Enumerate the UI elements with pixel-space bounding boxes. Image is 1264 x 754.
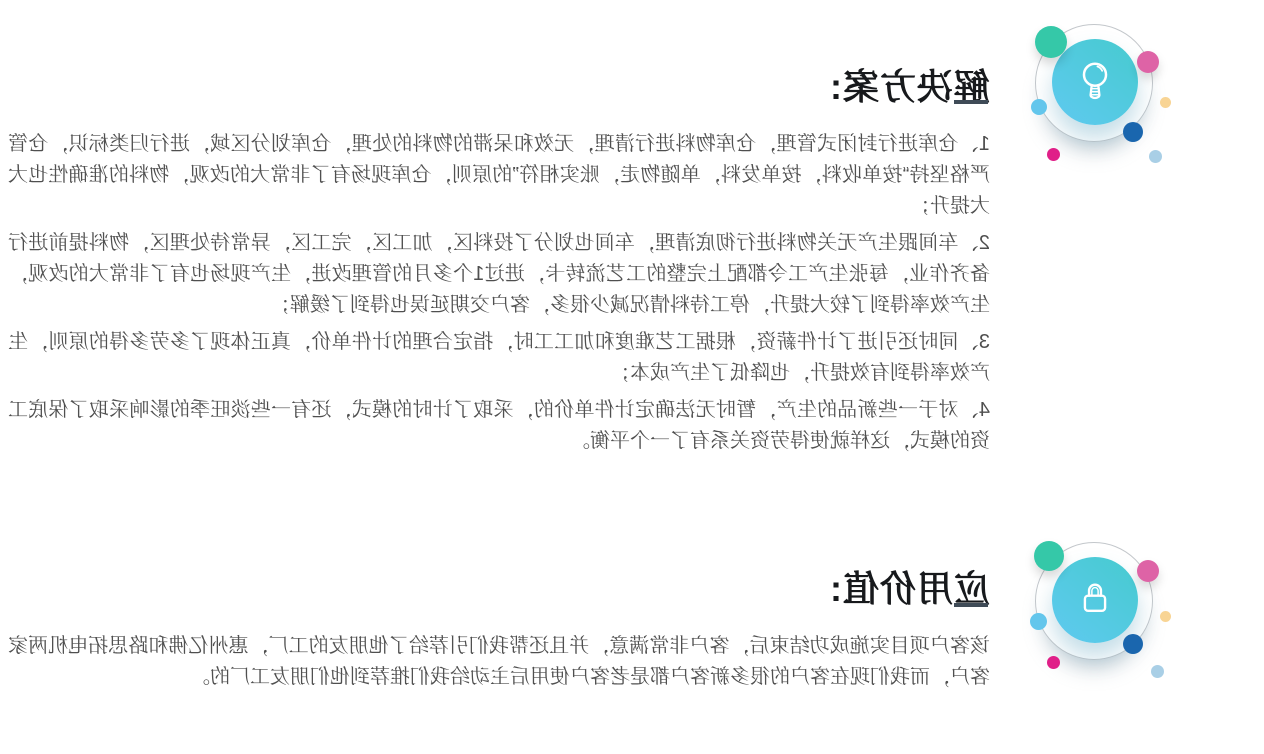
pink-dot	[1137, 51, 1159, 73]
solution-paragraph: 3、同时还引进了计件薪资，根据工艺难度和加工工时，指定合理的计件单价，真正体现了…	[8, 327, 990, 389]
lock-icon	[1073, 576, 1117, 625]
pale-blue-dot	[1149, 150, 1162, 163]
value-paragraphs: 该客户项目实施成功结束后，客户非常满意，并且还帮我们引荐给了他朋友的工厂，惠州亿…	[8, 631, 990, 693]
value-paragraph: 该客户项目实施成功结束后，客户非常满意，并且还帮我们引荐给了他朋友的工厂，惠州亿…	[8, 631, 990, 693]
dark-blue-dot	[1123, 122, 1143, 142]
magenta-dot	[1047, 656, 1060, 669]
mirrored-slide: 解决方案: 1、仓库进行封闭式管理，仓库物料进行清理，无效和呆滞的物料的处理，仓…	[0, 0, 1264, 754]
solution-paragraph: 1、仓库进行封闭式管理，仓库物料进行清理，无效和呆滞的物料的处理，仓库划分区域，…	[8, 129, 990, 222]
solution-paragraph: 2、车间跟生产无关物料进行彻底清理，车间也划分了投料区，加工区，完工区，异常待处…	[8, 228, 990, 321]
dark-blue-dot	[1123, 634, 1143, 654]
teal-dot	[1034, 541, 1064, 571]
solution-paragraphs: 1、仓库进行封闭式管理，仓库物料进行清理，无效和呆滞的物料的处理，仓库划分区域，…	[8, 129, 990, 457]
pale-blue-dot	[1151, 665, 1164, 678]
light-blue-dot	[1031, 99, 1047, 115]
slide-viewport: 解决方案: 1、仓库进行封闭式管理，仓库物料进行清理，无效和呆滞的物料的处理，仓…	[0, 0, 1264, 754]
value-icon-circle	[1052, 557, 1138, 643]
solution-paragraph: 4、对于一些新品的生产，暂时无法确定计件单价的，采取了计时的模式，还有一些淡旺季…	[8, 395, 990, 457]
yellow-dot	[1160, 97, 1171, 108]
title-divider	[954, 100, 988, 104]
teal-dot	[1035, 26, 1067, 58]
pink-dot	[1137, 560, 1159, 582]
solution-icon-circle	[1052, 39, 1138, 125]
light-blue-dot	[1030, 613, 1047, 630]
magenta-dot	[1047, 148, 1060, 161]
yellow-dot	[1160, 611, 1171, 622]
lightbulb-icon	[1072, 57, 1118, 108]
title-divider	[954, 603, 988, 607]
